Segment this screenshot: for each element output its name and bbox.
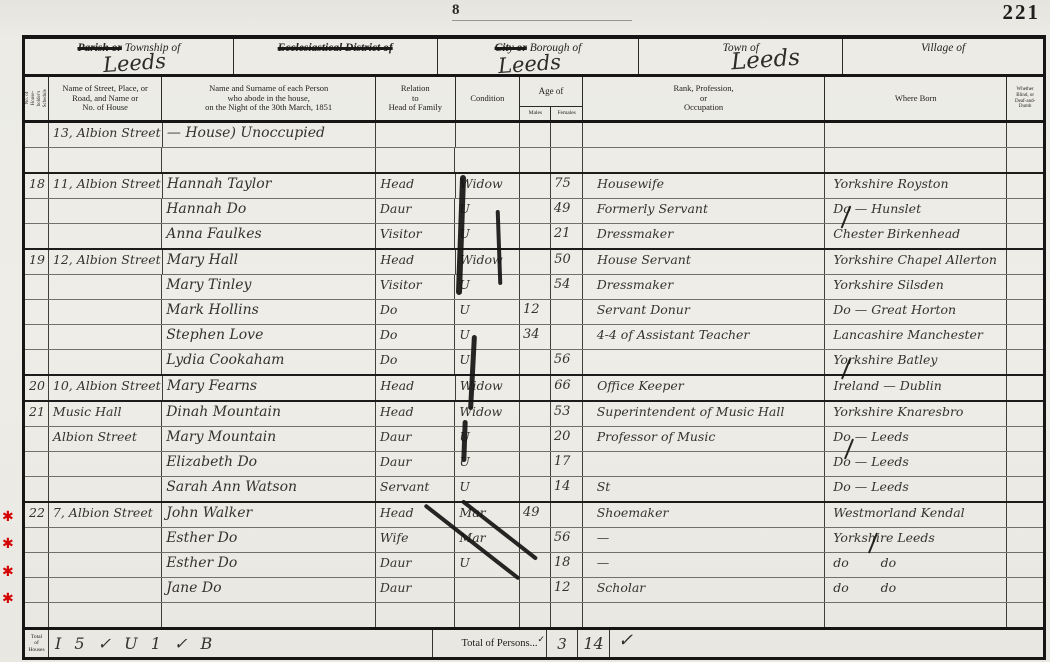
- cell-street: 11, Albion Street: [49, 174, 163, 198]
- cell-condition: U: [455, 275, 520, 299]
- cell-street: 13, Albion Street: [49, 123, 163, 147]
- cell-age-female: 66: [551, 376, 583, 400]
- cell-age-female: 56: [551, 350, 583, 374]
- cell-relation: Head: [376, 402, 456, 426]
- column-header-blind: Whether Blind, or Deaf-and- Dumb: [1007, 77, 1043, 120]
- totals-row: Total of Houses I 5 ✓ U 1 ✓ B Total of P…: [25, 627, 1043, 657]
- column-header-occupation: Rank, Profession, or Occupation: [583, 77, 826, 120]
- cell-age-male: 34: [520, 325, 551, 349]
- cell-blind: [1007, 402, 1043, 426]
- total-houses-value-handwritten: I 5 ✓ U 1 ✓ B: [49, 630, 433, 657]
- cell-relation: Daur: [376, 553, 456, 577]
- cell-where-born: Lancashire Manchester: [825, 325, 1007, 349]
- census-row: Hannah Do Daur U 49 Formerly Servant Do …: [25, 199, 1043, 224]
- cell-relation: [376, 603, 456, 627]
- town-cell: Town of Leeds: [639, 39, 843, 74]
- cell-street: [49, 603, 162, 627]
- column-header-schedule: No. of House- holder's Schedule: [25, 77, 49, 120]
- cell-person-name: Anna Faulkes: [162, 224, 376, 248]
- cell-relation: Servant: [376, 477, 456, 501]
- cell-age-male: [520, 350, 551, 374]
- cell-relation: Head: [376, 250, 455, 274]
- cell-age-female: 20: [551, 427, 583, 451]
- cell-person-name: Mary Hall: [163, 250, 377, 274]
- cell-blind: [1007, 350, 1043, 374]
- cell-age-male: [520, 275, 551, 299]
- cell-where-born: Ireland — Dublin: [825, 376, 1007, 400]
- cell-where-born: Westmorland Kendal: [825, 503, 1007, 527]
- cell-age-female: 14: [551, 477, 583, 501]
- cell-person-name: Hannah Do: [162, 199, 376, 223]
- cell-age-male: [520, 427, 551, 451]
- cell-where-born: Chester Birkenhead: [825, 224, 1007, 248]
- cell-relation: Do: [376, 325, 456, 349]
- cell-relation: Do: [376, 350, 456, 374]
- cell-occupation: —: [583, 528, 826, 552]
- cell-person-name: Esther Do: [162, 528, 376, 552]
- census-row: Esther Do Wife Mar 56 — Yorkshire Leeds: [25, 528, 1043, 553]
- cell-person-name: Dinah Mountain: [162, 402, 376, 426]
- cell-age-male: [520, 224, 551, 248]
- cell-street: [49, 275, 162, 299]
- cell-street: [49, 578, 162, 602]
- cell-age-male: [520, 603, 551, 627]
- cell-relation: Head: [376, 376, 455, 400]
- red-asterisk-mark: ✱: [2, 564, 14, 580]
- cell-person-name: Stephen Love: [162, 325, 376, 349]
- cell-occupation: 4-4 of Assistant Teacher: [583, 325, 826, 349]
- page-number-underline: [452, 20, 632, 21]
- column-header-age-females: Females: [551, 107, 581, 120]
- cell-person-name: Mary Tinley: [162, 275, 376, 299]
- cell-where-born: [825, 603, 1007, 627]
- cell-condition: U: [455, 224, 520, 248]
- cell-schedule-number: 22: [25, 503, 49, 527]
- red-asterisk-mark: ✱: [2, 509, 14, 525]
- page-number-left-value: 8: [452, 2, 462, 18]
- cell-age-male: [520, 452, 551, 476]
- cell-relation: Do: [376, 300, 456, 324]
- cell-street: 10, Albion Street: [49, 376, 163, 400]
- cell-person-name: Mary Mountain: [162, 427, 376, 451]
- cell-schedule-number: 20: [25, 376, 49, 400]
- census-row: 18 11, Albion Street Hannah Taylor Head …: [25, 174, 1043, 199]
- cell-street: [49, 452, 162, 476]
- cell-person-name: Sarah Ann Watson: [162, 477, 376, 501]
- total-houses-label: Total of Houses: [25, 630, 49, 657]
- cell-age-male: [520, 250, 551, 274]
- cell-where-born: Do — Leeds: [825, 477, 1007, 501]
- cell-street: [49, 148, 162, 172]
- census-row: Jane Do Daur 12 Scholar do do: [25, 578, 1043, 603]
- cell-condition: [455, 148, 520, 172]
- cell-schedule-number: [25, 578, 49, 602]
- cell-schedule-number: [25, 199, 49, 223]
- cell-blind: [1007, 300, 1043, 324]
- cell-age-female: [551, 300, 583, 324]
- column-header-street: Name of Street, Place, or Road, and Name…: [49, 77, 162, 120]
- census-row: 22 7, Albion Street John Walker Head Mar…: [25, 503, 1043, 528]
- cell-street: Music Hall: [49, 402, 162, 426]
- ecclesiastical-cell: Ecclesiastical District of: [234, 39, 438, 74]
- cell-age-female: 75: [551, 174, 583, 198]
- cell-schedule-number: [25, 148, 49, 172]
- cell-blind: [1007, 123, 1043, 147]
- cell-age-female: [551, 603, 583, 627]
- cell-blind: [1007, 452, 1043, 476]
- cell-where-born: Yorkshire Chapel Allerton: [825, 250, 1007, 274]
- cell-street: Albion Street: [49, 427, 162, 451]
- cell-schedule-number: [25, 350, 49, 374]
- cell-age-male: [520, 123, 551, 147]
- cell-schedule-number: [25, 275, 49, 299]
- cell-schedule-number: 18: [25, 174, 49, 198]
- cell-occupation: St: [583, 477, 826, 501]
- cell-street: [49, 199, 162, 223]
- cell-street: 7, Albion Street: [49, 503, 162, 527]
- cell-schedule-number: [25, 528, 49, 552]
- cell-person-name: Elizabeth Do: [162, 452, 376, 476]
- cell-where-born: [825, 123, 1007, 147]
- cell-occupation: Superintendent of Music Hall: [583, 402, 826, 426]
- cell-occupation: [583, 123, 825, 147]
- cell-where-born: Yorkshire Silsden: [825, 275, 1007, 299]
- cell-blind: [1007, 325, 1043, 349]
- cell-age-female: 49: [551, 199, 583, 223]
- column-header-schedule-text: No. of House- holder's Schedule: [25, 89, 49, 107]
- township-value-handwritten: Leeds: [102, 49, 167, 77]
- cell-blind: [1007, 174, 1043, 198]
- cell-street: [49, 477, 162, 501]
- cell-schedule-number: [25, 553, 49, 577]
- cell-blind: [1007, 528, 1043, 552]
- total-persons-label-text: Total of Persons...: [461, 638, 537, 649]
- cell-relation: Daur: [376, 199, 456, 223]
- column-header-band: No. of House- holder's Schedule Name of …: [25, 77, 1043, 123]
- cell-blind: [1007, 503, 1043, 527]
- census-row: 21 Music Hall Dinah Mountain Head Widow …: [25, 402, 1043, 427]
- cell-age-female: [551, 325, 583, 349]
- census-row: Stephen Love Do U 34 4-4 of Assistant Te…: [25, 325, 1043, 350]
- township-cell: Parish or Township of Leeds: [25, 39, 234, 74]
- village-label-text: Village of: [921, 42, 965, 54]
- cell-schedule-number: [25, 477, 49, 501]
- borough-cell: City or Borough of Leeds: [438, 39, 640, 74]
- top-band: Parish or Township of Leeds Ecclesiastic…: [25, 39, 1043, 77]
- cell-schedule-number: [25, 452, 49, 476]
- cell-blind: [1007, 275, 1043, 299]
- cell-age-female: 18: [551, 553, 583, 577]
- totals-final-checkmark: ✓: [610, 630, 1043, 657]
- cell-age-female: 17: [551, 452, 583, 476]
- cell-age-female: 54: [551, 275, 583, 299]
- cell-age-male: [520, 174, 551, 198]
- cell-blind: [1007, 477, 1043, 501]
- cell-occupation: —: [583, 553, 826, 577]
- cell-schedule-number: [25, 300, 49, 324]
- cell-age-female: [551, 123, 583, 147]
- cell-person-name: John Walker: [162, 503, 376, 527]
- cell-schedule-number: [25, 123, 49, 147]
- cell-relation: Daur: [376, 427, 456, 451]
- total-persons-checkmark: ✓: [537, 634, 545, 645]
- cell-where-born: Do — Great Horton: [825, 300, 1007, 324]
- cell-person-name: [162, 603, 376, 627]
- cell-where-born: Do — Hunslet: [825, 199, 1007, 223]
- cell-person-name: — House) Unoccupied: [163, 123, 377, 147]
- cell-condition: U: [455, 350, 520, 374]
- cell-occupation: Housewife: [583, 174, 825, 198]
- census-row: Albion Street Mary Mountain Daur U 20 Pr…: [25, 427, 1043, 452]
- cell-age-female: 53: [551, 402, 583, 426]
- cell-person-name: [162, 148, 376, 172]
- cell-age-male: [520, 148, 551, 172]
- census-row: Elizabeth Do Daur U 17 Do — Leeds: [25, 452, 1043, 477]
- cell-person-name: Hannah Taylor: [163, 174, 377, 198]
- column-header-relation: Relation to Head of Family: [376, 77, 456, 120]
- cell-person-name: Jane Do: [162, 578, 376, 602]
- cell-schedule-number: 19: [25, 250, 49, 274]
- ecclesiastical-label: Ecclesiastical District of: [234, 42, 437, 54]
- cell-age-male: [520, 199, 551, 223]
- census-row: 13, Albion Street — House) Unoccupied: [25, 123, 1043, 148]
- town-value-handwritten: Leeds: [731, 45, 802, 76]
- cell-condition: Widow: [456, 376, 521, 400]
- cell-occupation: Scholar: [583, 578, 826, 602]
- cell-where-born: Yorkshire Leeds: [825, 528, 1007, 552]
- census-row: Lydia Cookaham Do U 56 Yorkshire Batley: [25, 350, 1043, 376]
- cell-person-name: Esther Do: [162, 553, 376, 577]
- cell-age-female: 56: [551, 528, 583, 552]
- cell-blind: [1007, 603, 1043, 627]
- cell-schedule-number: [25, 224, 49, 248]
- cell-occupation: Dressmaker: [583, 275, 826, 299]
- cell-age-female: 12: [551, 578, 583, 602]
- cell-age-male: [520, 376, 551, 400]
- cell-blind: [1007, 250, 1043, 274]
- cell-relation: Visitor: [376, 224, 456, 248]
- cell-occupation: Formerly Servant: [583, 199, 826, 223]
- cell-where-born: Yorkshire Batley: [825, 350, 1007, 374]
- cell-relation: Visitor: [376, 275, 456, 299]
- cell-condition: U: [455, 477, 520, 501]
- village-label: Village of: [843, 42, 1043, 54]
- census-row: Mary Tinley Visitor U 54 Dressmaker York…: [25, 275, 1043, 300]
- cell-blind: [1007, 199, 1043, 223]
- cell-blind: [1007, 224, 1043, 248]
- cell-blind: [1007, 553, 1043, 577]
- column-header-name: Name and Surname of each Person who abod…: [162, 77, 376, 120]
- census-row: Anna Faulkes Visitor U 21 Dressmaker Che…: [25, 224, 1043, 250]
- cell-condition: U: [455, 300, 520, 324]
- cell-schedule-number: [25, 325, 49, 349]
- cell-where-born: Do — Leeds: [825, 452, 1007, 476]
- cell-street: [49, 553, 162, 577]
- cell-age-female: [551, 148, 583, 172]
- cell-age-male: [520, 578, 551, 602]
- cell-condition: Widow: [456, 250, 521, 274]
- cell-age-female: [551, 503, 583, 527]
- cell-relation: [376, 123, 455, 147]
- cell-relation: Head: [376, 503, 456, 527]
- column-header-age-sub: Males Females: [520, 107, 582, 120]
- cell-street: [49, 350, 162, 374]
- total-persons-label: Total of Persons... ✓: [433, 630, 547, 657]
- cell-occupation: [583, 350, 826, 374]
- cell-age-male: 12: [520, 300, 551, 324]
- cell-age-female: 50: [551, 250, 583, 274]
- cell-age-male: [520, 477, 551, 501]
- page-number-left: 8: [452, 2, 632, 21]
- cell-occupation: House Servant: [583, 250, 825, 274]
- cell-person-name: Mark Hollins: [162, 300, 376, 324]
- cell-blind: [1007, 148, 1043, 172]
- cell-condition: U: [455, 325, 520, 349]
- cell-occupation: [583, 148, 826, 172]
- cell-person-name: Mary Fearns: [163, 376, 377, 400]
- cell-age-male: 49: [520, 503, 551, 527]
- cell-relation: Daur: [376, 452, 456, 476]
- cell-blind: [1007, 376, 1043, 400]
- cell-where-born: [825, 148, 1007, 172]
- cell-condition: [455, 578, 520, 602]
- census-row: [25, 603, 1043, 627]
- cell-relation: Head: [376, 174, 455, 198]
- cell-condition: [455, 603, 520, 627]
- census-row: 19 12, Albion Street Mary Hall Head Wido…: [25, 250, 1043, 275]
- census-table: Parish or Township of Leeds Ecclesiastic…: [22, 35, 1046, 660]
- cell-schedule-number: [25, 427, 49, 451]
- census-row: Sarah Ann Watson Servant U 14 St Do — Le…: [25, 477, 1043, 503]
- cell-occupation: [583, 452, 826, 476]
- red-asterisk-mark: ✱: [2, 536, 14, 552]
- cell-relation: Daur: [376, 578, 456, 602]
- red-asterisk-mark: ✱: [2, 591, 14, 607]
- page-number-right: 221: [1003, 0, 1041, 25]
- cell-where-born: Yorkshire Royston: [825, 174, 1007, 198]
- cell-occupation: Professor of Music: [583, 427, 826, 451]
- cell-age-male: [520, 402, 551, 426]
- cell-schedule-number: [25, 603, 49, 627]
- cell-where-born: do do: [825, 553, 1007, 577]
- cell-blind: [1007, 427, 1043, 451]
- column-header-age-males: Males: [520, 107, 551, 120]
- cell-relation: [376, 148, 456, 172]
- cell-occupation: Office Keeper: [583, 376, 825, 400]
- cell-street: [49, 224, 162, 248]
- census-row: [25, 148, 1043, 174]
- borough-value-handwritten: Leeds: [497, 50, 562, 78]
- cell-street: [49, 528, 162, 552]
- cell-occupation: Dressmaker: [583, 224, 826, 248]
- census-rows: 13, Albion Street — House) Unoccupied 18…: [25, 123, 1043, 627]
- cell-street: 12, Albion Street: [49, 250, 163, 274]
- cell-where-born: do do: [825, 578, 1007, 602]
- cell-relation: Wife: [376, 528, 456, 552]
- cell-street: [49, 325, 162, 349]
- cell-street: [49, 300, 162, 324]
- census-row: Mark Hollins Do U 12 Servant Donur Do — …: [25, 300, 1043, 325]
- column-header-age: Age of Males Females: [520, 77, 583, 120]
- cell-age-female: 21: [551, 224, 583, 248]
- ecclesiastical-struck-label: Ecclesiastical District of: [278, 42, 393, 54]
- cell-occupation: Servant Donur: [583, 300, 826, 324]
- cell-blind: [1007, 578, 1043, 602]
- census-page-scan: 8 221 ✱✱✱✱ Parish or Township of Leeds E…: [0, 0, 1050, 662]
- column-header-age-label: Age of: [520, 77, 582, 107]
- cell-schedule-number: 21: [25, 402, 49, 426]
- cell-occupation: Shoemaker: [583, 503, 826, 527]
- cell-where-born: Yorkshire Knaresbro: [825, 402, 1007, 426]
- cell-person-name: Lydia Cookaham: [162, 350, 376, 374]
- total-persons-males-handwritten: 3: [547, 630, 578, 657]
- cell-occupation: [583, 603, 826, 627]
- cell-condition: [456, 123, 521, 147]
- column-header-condition: Condition: [456, 77, 521, 120]
- column-header-where-born: Where Born: [825, 77, 1007, 120]
- total-persons-females-handwritten: 14: [578, 630, 610, 657]
- census-row: 20 10, Albion Street Mary Fearns Head Wi…: [25, 376, 1043, 402]
- village-cell: Village of: [843, 39, 1043, 74]
